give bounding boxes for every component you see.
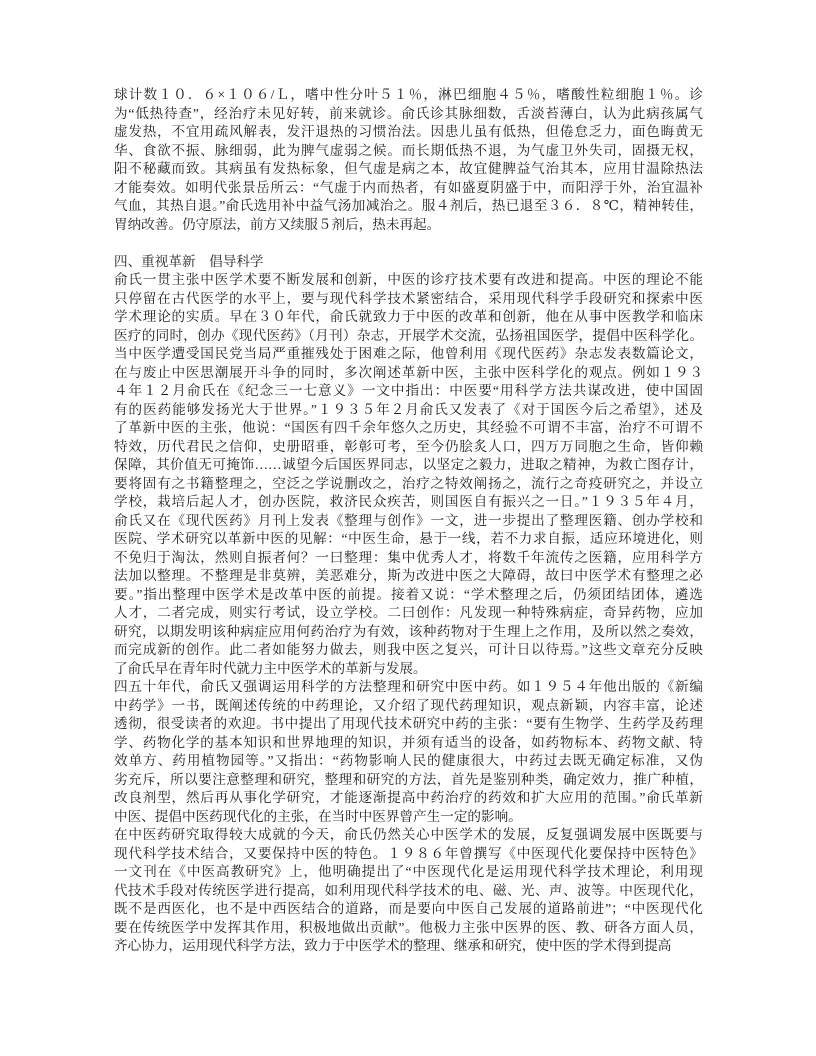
section-heading-text: 四、重视革新 倡导科学	[114, 253, 703, 272]
text-block: 球计数１０．６×１０６/Ｌ，嗜中性分叶５１％，淋巴细胞４５％，嗜酸性粒细胞１％。…	[114, 86, 703, 956]
text-line: 一文刊在《中医高教研究》上，他明确提出了“中医现代化是运用现代科学技术理论，利用…	[114, 863, 703, 882]
text-line: 既不是西医化，也不是中西医结合的道路，而是要向中医自己发展的道路前进”；“中医现…	[114, 900, 703, 919]
text-line: 透彻，很受读者的欢迎。书中提出了用现代技术研究中药的主张：“要有生物学、生药学及…	[114, 715, 703, 734]
text-line: 研究，以期发明该种病症应用何药治疗为有效，该种药物对于生理上之作用，及所以然之奏…	[114, 623, 703, 642]
text-line: 代技术手段对传统医学进行提高，如利用现代科学技术的电、磁、光、声、波等。中医现代…	[114, 882, 703, 901]
document-page: 球计数１０．６×１０６/Ｌ，嗜中性分叶５１％，淋巴细胞４５％，嗜酸性粒细胞１％。…	[0, 0, 816, 1056]
text-line: 虚发热，不宜用疏风解表，发汗退热的习惯治法。因患儿虽有低热，但倦怠乏力，面色晦黄…	[114, 123, 703, 142]
text-line: 特效，历代君民之信仰，史册昭垂，彰彰可考，至今仍脍炙人口，四万万同胞之生命，皆仰…	[114, 438, 703, 457]
blank-line-spacer	[114, 234, 703, 253]
text-line: 不免归于淘汰，然则自振者何？一曰整理：集中优秀人才，将数千年流传之医籍，应用科学…	[114, 549, 703, 568]
text-line: 阳不秘藏而致。其病虽有发热标象，但气虚是病之本，故宜健脾益气治其本，应用甘温除热…	[114, 160, 703, 179]
text-line: 医疗的同时，创办《现代医药》（月刊）杂志，开展学术交流，弘扬祖国医学，提倡中医科…	[114, 327, 703, 346]
text-line: 了俞氏早在青年时代就力主中医学术的革新与发展。	[114, 660, 703, 679]
modernization-paragraph: 在中医药研究取得较大成就的今天，俞氏仍然关心中医学术的发展，反复强调发展中医既要…	[114, 826, 703, 956]
text-line: 气血，其热自退。”俞氏选用补中益气汤加减治之。服４剂后，热已退至３６．８℃，精神…	[114, 197, 703, 216]
text-line: 才能奏效。如明代张景岳所云：“气虚于内而热者，有如盛夏阴盛于中，而阳浮于外，治宜…	[114, 179, 703, 198]
text-line: 了革新中医的主张，他说：“国医有四千余年悠久之历史，其经验不可谓不丰富，治疗不可…	[114, 419, 703, 438]
text-line: ４年１２月俞氏在《纪念三一七意义》一文中指出：中医要“用科学方法共谋改进，使中国…	[114, 382, 703, 401]
text-line: 在与废止中医思潮展开斗争的同时，多次阐述革新中医，主张中医科学化的观点。例如１９…	[114, 364, 703, 383]
text-line: 球计数１０．６×１０６/Ｌ，嗜中性分叶５１％，淋巴细胞４５％，嗜酸性粒细胞１％。…	[114, 86, 703, 105]
text-line: 学、药物化学的基本知识和世界地理的知识，并须有适当的设备，如药物标本、药物文献、…	[114, 734, 703, 753]
text-line: 为“低热待查”，经治疗未见好转，前来就诊。俞氏诊其脉细数，舌淡苔薄白，认为此病孩…	[114, 105, 703, 124]
text-line: 俞氏一贯主张中医学术要不断发展和创新，中医的诊疗技术要有改进和提高。中医的理论不…	[114, 271, 703, 290]
text-line: 保障，其价值无可掩饰……诚望今后国医界同志，以坚定之毅力，进取之精神，为救亡图存…	[114, 456, 703, 475]
text-line: 俞氏又在《现代医药》月刊上发表《整理与创作》一文，进一步提出了整理医籍、创办学校…	[114, 512, 703, 531]
text-line: 学校，栽培后起人才，创办医院，救济民众疾苦，则国医自有振兴之一日。”１９３５年４…	[114, 493, 703, 512]
text-line: 医院、学术研究以革新中医的见解：“中医生命，悬于一线，若不力求自振，适应环境进化…	[114, 530, 703, 549]
text-line: 效单方、药用植物园等。”又指出：“药物影响人民的健康很大，中药过去既无确定标准，…	[114, 752, 703, 771]
text-line: 法加以整理。不整理是非莫辨，美恶难分，斯为改进中医之大障碍，故曰中医学术有整理之…	[114, 567, 703, 586]
reform-advocacy-paragraph: 俞氏一贯主张中医学术要不断发展和创新，中医的诊疗技术要有改进和提高。中医的理论不…	[114, 271, 703, 678]
text-line: 在中医药研究取得较大成就的今天，俞氏仍然关心中医学术的发展，反复强调发展中医既要…	[114, 826, 703, 845]
scientific-research-paragraph: 四五十年代，俞氏又强调运用科学的方法整理和研究中医中药。如１９５４年他出版的《新…	[114, 678, 703, 826]
text-line: 当中医学遭受国民党当局严重摧残处于困难之际，他曾利用《现代医药》杂志发表数篇论文…	[114, 345, 703, 364]
text-line: 胃纳改善。仍守原法，前方又续服５剂后，热未再起。	[114, 216, 703, 235]
text-line: 人才，二者完成，则实行考试，设立学校。二曰创作：凡发现一种特殊病症，奇异药物，应…	[114, 604, 703, 623]
text-line: 中医、提倡中医药现代化的主张，在当时中医界曾产生一定的影响。	[114, 808, 703, 827]
text-line: 四五十年代，俞氏又强调运用科学的方法整理和研究中医中药。如１９５４年他出版的《新…	[114, 678, 703, 697]
text-line: 劣充斥，所以要注意整理和研究，整理和研究的方法，首先是鉴别种类，确定效力，推广种…	[114, 771, 703, 790]
text-line: 而完成新的创作。此二者如能努力做去，则我中医之复兴，可计日以待焉。”这些文章充分…	[114, 641, 703, 660]
text-line: 要将固有之书籍整理之，空泛之学说删改之，治疗之特效阐扬之，流行之奇疫研究之，并设…	[114, 475, 703, 494]
text-line: 要。”指出整理中医学术是改革中医的前提。接着又说：“学术整理之后，仍须团结团体，…	[114, 586, 703, 605]
text-line: 有的医药能够发扬光大于世界。”１９３５年２月俞氏又发表了《对于国医今后之希望》，…	[114, 401, 703, 420]
text-line: 要在传统医学中发挥其作用，积极地做出贡献”。他极力主张中医界的医、教、研各方面人…	[114, 919, 703, 938]
text-line: 只停留在古代医学的水平上，要与现代科学技术紧密结合，采用现代科学手段研究和探索中…	[114, 290, 703, 309]
text-line: 中药学》一书，既阐述传统的中药理论，又介绍了现代药理知识，观点新颖，内容丰富，论…	[114, 697, 703, 716]
text-line: 现代科学技术结合，又要保持中医的特色。１９８６年曾撰写《中医现代化要保持中医特色…	[114, 845, 703, 864]
text-line: 华、食欲不振、脉细弱，此为脾气虚弱之候。而长期低热不退，为气虚卫外失司，固摄无权…	[114, 142, 703, 161]
text-line: 齐心协力，运用现代科学方法，致力于中医学术的整理、继承和研究，使中医的学术得到提…	[114, 937, 703, 956]
text-line: 学术理论的实质。早在３０年代，俞氏就致力于中医的改革和创新，他在从事中医教学和临…	[114, 308, 703, 327]
section-heading: 四、重视革新 倡导科学	[114, 253, 703, 272]
case-report-paragraph: 球计数１０．６×１０６/Ｌ，嗜中性分叶５１％，淋巴细胞４５％，嗜酸性粒细胞１％。…	[114, 86, 703, 234]
text-line: 改良剂型，然后再从事化学研究，才能逐渐提高中药治疗的药效和扩大应用的范围。”俞氏…	[114, 789, 703, 808]
